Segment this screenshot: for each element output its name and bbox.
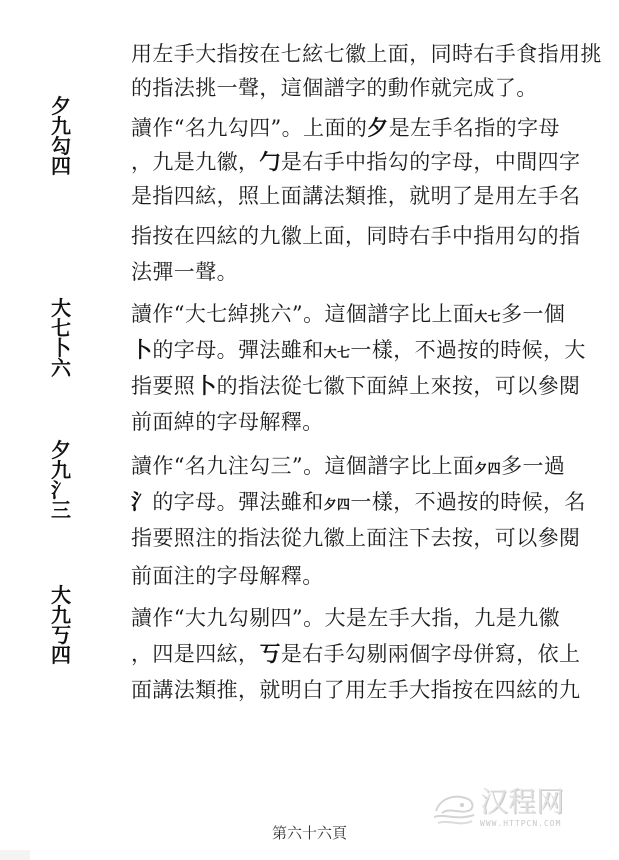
text-line: 指要照注的指法從九徽上面注下去按，可以參閱 <box>131 524 571 552</box>
notation-bottom: 丂四 <box>46 625 76 665</box>
text-segment: 讀作“名九注勾三”。這個譜字比上面 <box>131 454 474 478</box>
text-segment: 多一個 <box>501 302 565 326</box>
text-line: 前面注的字母解釋。 <box>131 562 571 590</box>
zhu-glyph: 氵 <box>131 489 152 514</box>
book-page: 夕九 勾四 大七 卜六 夕九 氵三 大九 丂四 用左手大指按在七絃七徽上面，同時… <box>0 0 619 860</box>
margin-notation-da-jiu-gou-ti-si: 大九 丂四 <box>46 585 76 665</box>
notation-bottom: 卜六 <box>46 338 76 378</box>
ming-finger-glyph: 夕 <box>367 115 388 140</box>
text-line: 讀作“大七綽挑六”。這個譜字比上面大七多一個 <box>131 300 571 328</box>
text-line: 的指法挑一聲，這個譜字的動作就完成了。 <box>131 74 571 102</box>
page-number: 第六十六頁 <box>0 822 619 843</box>
watermark-title: 汉程网 <box>480 785 564 819</box>
text-line: 用左手大指按在七絃七徽上面，同時右手食指用挑 <box>131 40 571 68</box>
text-segment: 是右手勾剔兩個字母併寫，依上 <box>281 642 581 666</box>
scan-edge <box>0 850 30 860</box>
text-segment: 的指法從七徽下面綽上來按，可以參閱 <box>217 374 581 398</box>
text-line: 前面綽的字母解釋。 <box>131 408 571 436</box>
text-line: ，九是九徽，勹是右手中指勾的字母，中間四字 <box>131 148 571 176</box>
notation-bottom: 氵三 <box>46 480 76 520</box>
text-line: 卜的字母。彈法雖和大七一樣，不過按的時候，大 <box>131 336 571 364</box>
chuo-glyph: 卜 <box>195 373 216 398</box>
text-line: 讀作“名九勾四”。上面的夕是左手名指的字母 <box>131 114 571 142</box>
text-segment: 多一過 <box>501 454 565 478</box>
notation-bottom: 勾四 <box>46 136 76 176</box>
text-line: 氵的字母。彈法雖和夕四一樣，不過按的時候，名 <box>131 488 571 516</box>
text-line: 讀作“名九注勾三”。這個譜字比上面夕四多一過 <box>131 452 571 480</box>
text-line: 法彈一聲。 <box>131 258 571 286</box>
text-segment: 讀作“名九勾四”。上面的 <box>131 116 367 140</box>
text-line: 指要照卜的指法從七徽下面綽上來按，可以參閱 <box>131 372 571 400</box>
text-segment: 是右手中指勾的字母，中間四字 <box>281 150 581 174</box>
text-segment: 一樣，不過按的時候，名 <box>350 490 585 514</box>
text-line: 讀作“大九勾剔四”。大是左手大指，九是九徽 <box>131 604 571 632</box>
da-qi-glyph: 大七 <box>324 346 351 361</box>
text-line: 面講法類推，就明白了用左手大指按在四絃的九 <box>131 676 571 704</box>
notation-top: 大九 <box>46 585 76 625</box>
margin-notation-ming-jiu-zhu-gou-san: 夕九 氵三 <box>46 440 76 520</box>
chuo-glyph: 卜 <box>131 337 152 362</box>
margin-notation-da-qi-chuo-tiao-liu: 大七 卜六 <box>46 298 76 378</box>
gou-ti-glyph: 丂 <box>259 641 280 666</box>
text-segment: ，四是四絃， <box>131 642 259 666</box>
text-segment: 一樣，不過按的時候，大 <box>350 338 585 362</box>
margin-notation-ming-jiu-gou-si: 夕九 勾四 <box>46 96 76 176</box>
watermark-logo-icon <box>430 787 478 827</box>
ming-jiu-gou-si-glyph: 夕四 <box>324 498 351 513</box>
notation-top: 大七 <box>46 298 76 338</box>
text-segment: 是左手名指的字母 <box>389 116 560 140</box>
text-segment: 的字母。彈法雖和 <box>152 490 323 514</box>
text-segment: 讀作“大七綽挑六”。這個譜字比上面 <box>131 302 474 326</box>
text-line: 指按在四絃的九徽上面，同時右手中指用勾的指 <box>131 222 571 250</box>
text-line: ，四是四絃，丂是右手勾剔兩個字母併寫，依上 <box>131 640 571 668</box>
text-segment: 的字母。彈法雖和 <box>152 338 323 362</box>
text-line: 是指四絃，照上面講法類推，就明了是用左手名 <box>131 182 571 210</box>
gou-stroke-glyph: 勹 <box>259 149 280 174</box>
ming-jiu-gou-si-glyph: 夕四 <box>474 462 501 477</box>
notation-top: 夕九 <box>46 96 76 136</box>
text-segment: ，九是九徽， <box>131 150 259 174</box>
text-segment: 指要照 <box>131 374 195 398</box>
da-qi-glyph: 大七 <box>474 310 501 325</box>
notation-top: 夕九 <box>46 440 76 480</box>
